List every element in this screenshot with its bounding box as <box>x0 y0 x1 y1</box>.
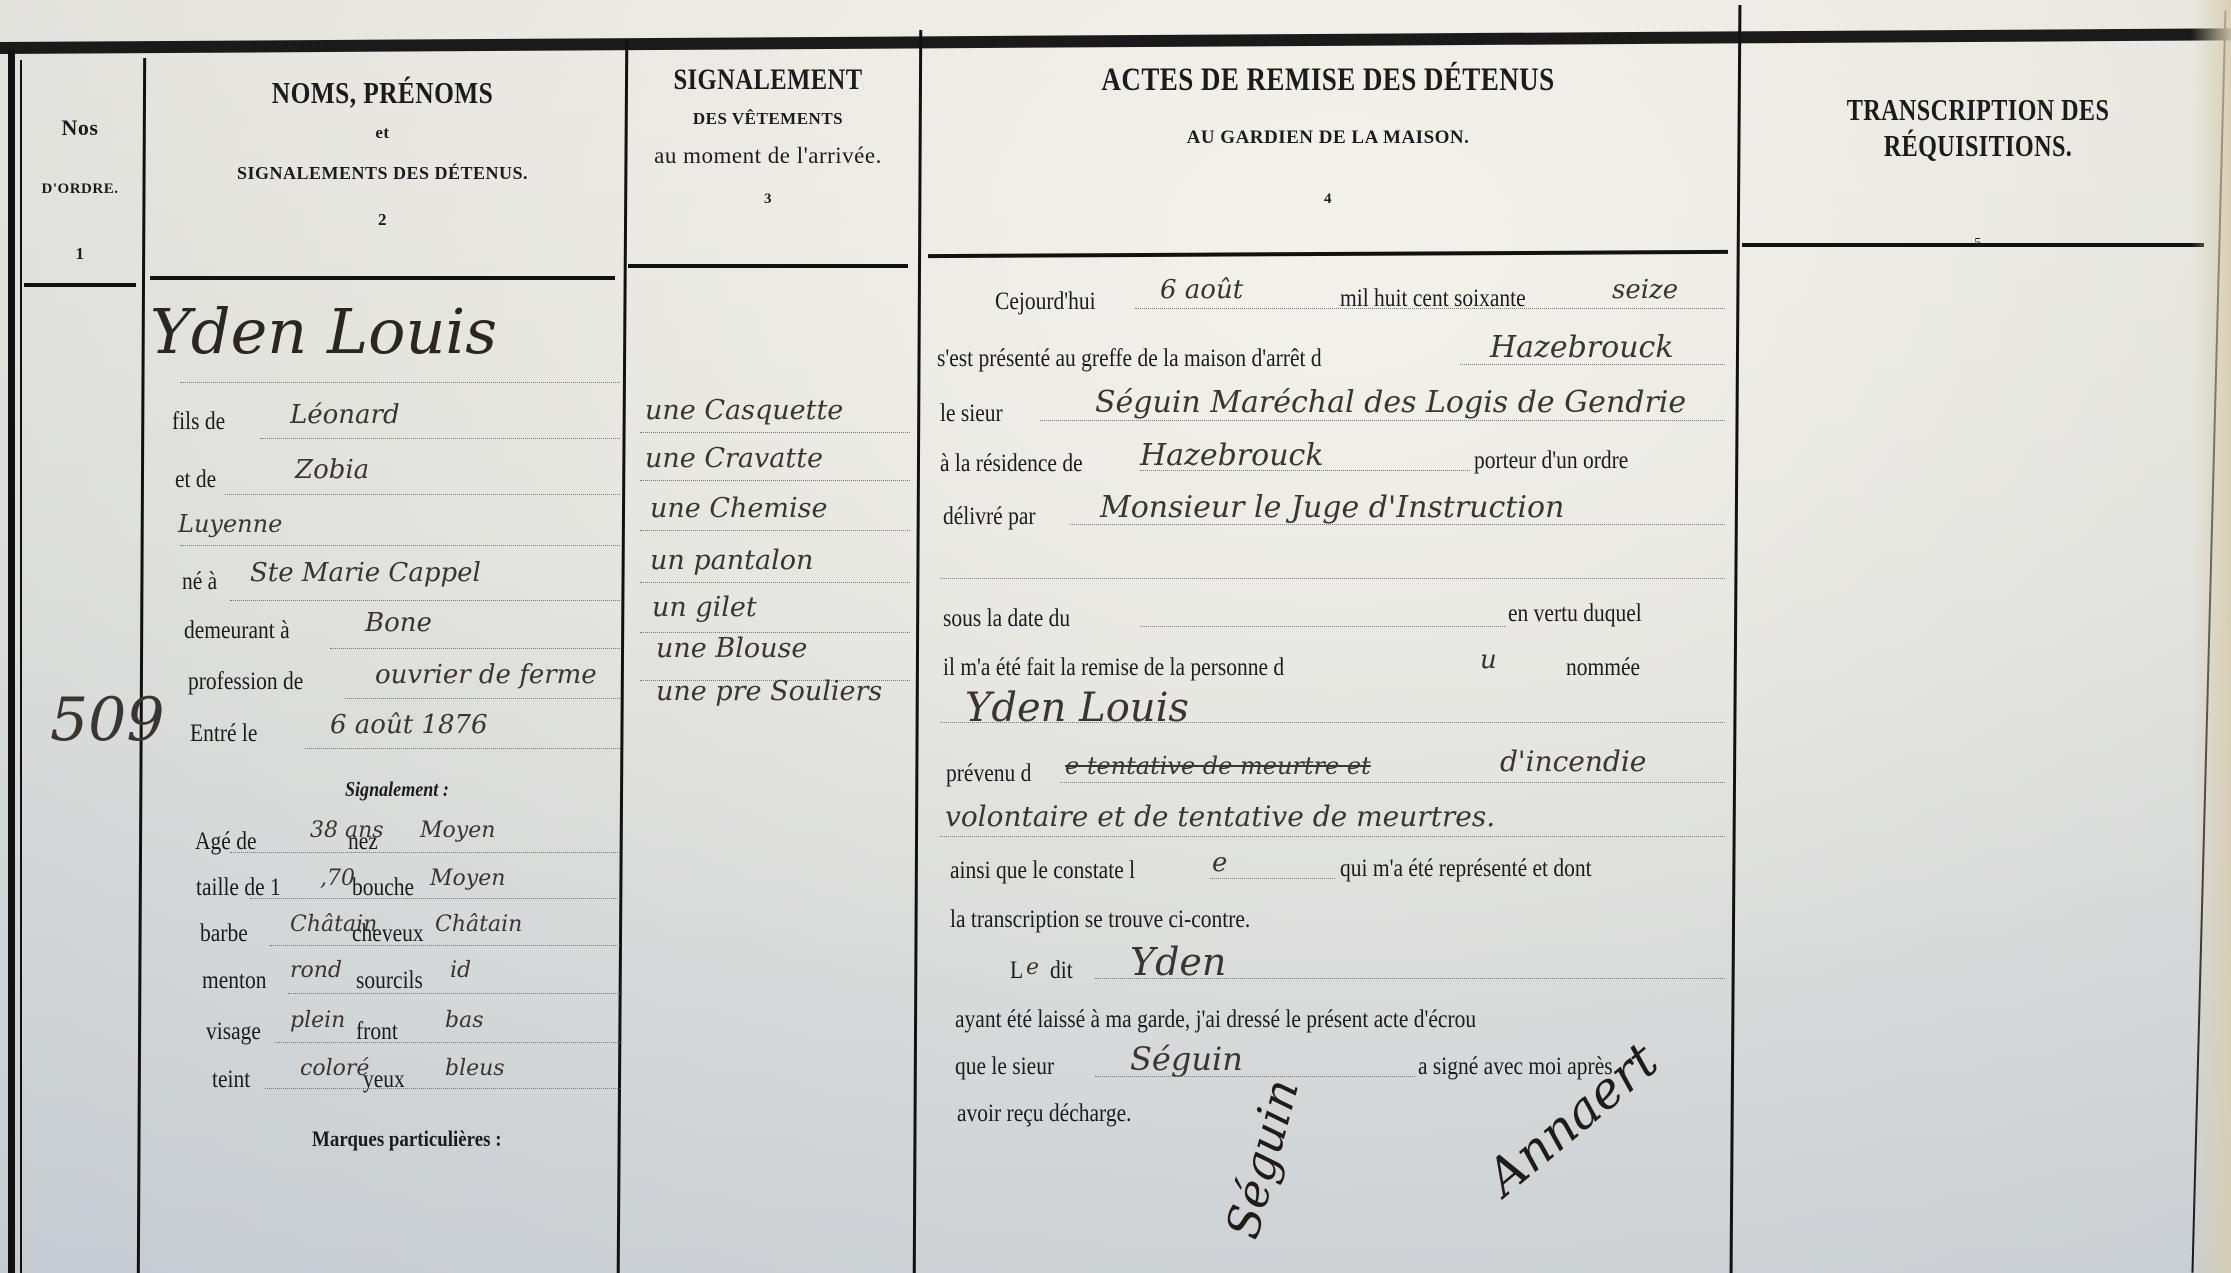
col1-number: 1 <box>24 244 136 264</box>
chin-rule <box>288 993 620 994</box>
act-line9-label: prévenu d <box>946 760 1031 788</box>
beard-rule <box>270 945 620 946</box>
act-line12-label: la transcription se trouve ci-contre. <box>950 906 1250 934</box>
hair-label: cheveux <box>352 920 424 948</box>
clothing-item: une Casquette <box>645 395 843 426</box>
col3-title-line1: SIGNALEMENT <box>653 63 883 97</box>
profession-label: profession de <box>188 668 303 696</box>
father-label: fils de <box>172 408 225 436</box>
act-line4-rule <box>1140 470 1470 471</box>
transcription-area <box>1745 250 2200 1260</box>
clothing-rule <box>640 432 910 433</box>
born-label: né à <box>182 568 217 596</box>
born-rule <box>230 600 620 601</box>
detainee-name: Yden Louis <box>150 295 497 368</box>
act-line2-label: s'est présenté au greffe de la maison d'… <box>937 345 1322 373</box>
act-line3-label: le sieur <box>940 400 1003 428</box>
col3-header: SIGNALEMENT DES VÊTEMENTS au moment de l… <box>628 63 908 208</box>
col1-header: Nos D'ORDRE. 1 <box>24 115 136 264</box>
order-number: 509 <box>50 685 165 755</box>
clothing-item: un pantalon <box>650 545 813 576</box>
header-rule-col3 <box>628 264 908 268</box>
act-issuer-value: Monsieur le Juge d'Instruction <box>1100 490 1564 525</box>
act-line10-rule <box>940 836 1725 837</box>
residence-rule <box>330 648 620 649</box>
left-outer-border <box>8 50 15 1273</box>
face-label: visage <box>206 1018 261 1046</box>
height-rule <box>250 898 620 899</box>
col2-header: NOMS, PRÉNOMS et SIGNALEMENTS DES DÉTENU… <box>150 75 615 230</box>
father-value: Léonard <box>290 400 400 430</box>
page-edge <box>2191 0 2231 1273</box>
act-line2-rule <box>1460 364 1725 365</box>
col2-title-line3: SIGNALEMENTS DES DÉTENUS. <box>150 163 615 184</box>
complexion-value: coloré <box>300 1056 369 1081</box>
nose-value: Moyen <box>420 818 495 843</box>
act-prison-value: Hazebrouck <box>1490 330 1674 365</box>
act-detainee-name: Yden Louis <box>965 685 1189 731</box>
col5-header: TRANSCRIPTION DES RÉQUISITIONS. 5 <box>1738 92 2218 252</box>
act-line16-label: avoir reçu décharge. <box>957 1100 1131 1128</box>
col4-header: ACTES DE REMISE DES DÉTENUS AU GARDIEN D… <box>928 62 1728 208</box>
col4-number: 4 <box>928 191 1728 208</box>
act-year-value: seize <box>1612 275 1678 305</box>
register-page: Nos D'ORDRE. 1 NOMS, PRÉNOMS et SIGNALEM… <box>0 0 2231 1273</box>
act-line8-rule <box>940 722 1725 723</box>
left-inner-border <box>20 60 22 1273</box>
residence-label: demeurant à <box>184 617 290 645</box>
name-rule <box>180 382 620 383</box>
chin-label: menton <box>202 967 267 995</box>
clothing-item: une Chemise <box>650 493 827 524</box>
beard-label: barbe <box>200 920 248 948</box>
act-line7-label: il m'a été fait la remise de la personne… <box>943 654 1284 682</box>
eyebrows-value: id <box>450 958 471 983</box>
born-value: Ste Marie Cappel <box>250 558 481 588</box>
act-officer-value: Séguin Maréchal des Logis de Gendrie <box>1095 385 1686 420</box>
act-line4-label: à la résidence de <box>940 450 1083 478</box>
act-line5-label: délivré par <box>943 503 1036 531</box>
hair-value: Châtain <box>435 912 522 937</box>
entered-label: Entré le <box>190 720 257 748</box>
act-line6-label: sous la date du <box>943 605 1070 633</box>
act-line3-rule <box>1040 420 1725 421</box>
age-rule <box>230 852 620 853</box>
col4-title-line1: ACTES DE REMISE DES DÉTENUS <box>1000 62 1656 99</box>
clothing-item: une pre Souliers <box>656 676 882 707</box>
act-line7-value: u <box>1480 645 1497 675</box>
act-line11-label: ainsi que le constate l <box>950 857 1135 885</box>
col3-title-line2: DES VÊTEMENTS <box>628 109 908 129</box>
mother-value-line2: Luyenne <box>178 510 282 538</box>
act-line1-rule <box>1135 308 1725 309</box>
forehead-value: bas <box>445 1008 484 1033</box>
complexion-label: teint <box>212 1066 250 1094</box>
col2-title-line1: NOMS, PRÉNOMS <box>192 75 573 111</box>
col2-number: 2 <box>150 210 615 230</box>
act-line13-e: e <box>1026 955 1039 980</box>
header-rule-col1 <box>24 283 136 287</box>
act-line13-L: L <box>1010 957 1023 985</box>
act-line6-rule <box>1140 626 1505 627</box>
act-charge-value: d'incendie <box>1500 745 1646 778</box>
act-line5-rule <box>1070 524 1725 525</box>
col3-title-line3: au moment de l'arrivée. <box>628 143 908 169</box>
clothing-item: une Cravatte <box>645 443 823 474</box>
act-line6-tail: en vertu duquel <box>1508 600 1642 628</box>
clothing-rule <box>640 530 910 531</box>
mother-label: et de <box>175 466 216 494</box>
act-line13-dit: dit <box>1050 957 1073 985</box>
mother-rule-2 <box>180 545 620 546</box>
residence-value: Bone <box>365 608 432 638</box>
act-line7-tail: nommée <box>1566 654 1640 682</box>
act-line4-tail: porteur d'un ordre <box>1474 447 1628 475</box>
act-line11-rule <box>1210 878 1335 879</box>
signalement-title: Signalement : <box>345 777 449 802</box>
entered-value: 6 août 1876 <box>330 710 488 740</box>
act-date-value: 6 août <box>1160 275 1243 305</box>
eyes-value: bleus <box>445 1056 505 1081</box>
mother-value-line1: Zobia <box>295 455 369 485</box>
act-line14-label: ayant été laissé à ma garde, j'ai dressé… <box>955 1006 1476 1034</box>
act-charge-value-2: volontaire et de tentative de meurtres. <box>945 800 1495 833</box>
clothing-rule <box>640 480 910 481</box>
col3-number: 3 <box>628 191 908 208</box>
act-line11-value: e <box>1212 848 1227 878</box>
face-rule <box>275 1042 620 1043</box>
col1-title-line1: Nos <box>24 115 136 141</box>
mouth-value: Moyen <box>430 866 505 891</box>
entered-rule <box>305 748 620 749</box>
clothing-rule <box>640 582 910 583</box>
act-line13-rule <box>1095 978 1725 979</box>
act-line15-value: Séguin <box>1130 1040 1243 1078</box>
profession-value: ouvrier de ferme <box>375 660 597 690</box>
height-value: ,70 <box>320 866 355 891</box>
act-charge-struck: e tentative de meurtre et <box>1065 752 1371 780</box>
act-line1-label: Cejourd'hui <box>995 288 1096 316</box>
signature-officer: Séguin <box>1215 1073 1309 1244</box>
face-value: plein <box>290 1008 345 1033</box>
father-rule <box>260 438 620 439</box>
col1-title-line2: D'ORDRE. <box>24 181 136 198</box>
clothing-item: une Blouse <box>656 633 807 664</box>
profession-rule <box>345 698 620 699</box>
clothing-item: un gilet <box>652 592 757 623</box>
complexion-rule <box>265 1088 620 1089</box>
top-border-rule <box>0 28 2231 54</box>
eyes-label: yeux <box>363 1066 405 1094</box>
eyebrows-label: sourcils <box>356 967 423 995</box>
col2-title-line2: et <box>150 123 615 143</box>
divider-col1-col2 <box>137 58 146 1273</box>
col4-title-line2: AU GARDIEN DE LA MAISON. <box>928 127 1728 149</box>
act-blank-rule <box>940 578 1725 579</box>
col5-title-line1: TRANSCRIPTION DES RÉQUISITIONS. <box>1791 92 2165 164</box>
marks-title: Marques particulières : <box>312 1126 502 1152</box>
chin-value: rond <box>290 958 342 983</box>
act-residence-value: Hazebrouck <box>1140 438 1324 473</box>
act-line11-tail: qui m'a été représenté et dont <box>1340 855 1592 883</box>
mother-rule <box>225 494 620 495</box>
header-rule-col2 <box>150 276 615 280</box>
act-line9-rule <box>1060 782 1725 783</box>
header-rule-col4 <box>928 250 1728 258</box>
divider-col3-col4 <box>913 30 923 1273</box>
act-line15-label: que le sieur <box>955 1053 1054 1081</box>
